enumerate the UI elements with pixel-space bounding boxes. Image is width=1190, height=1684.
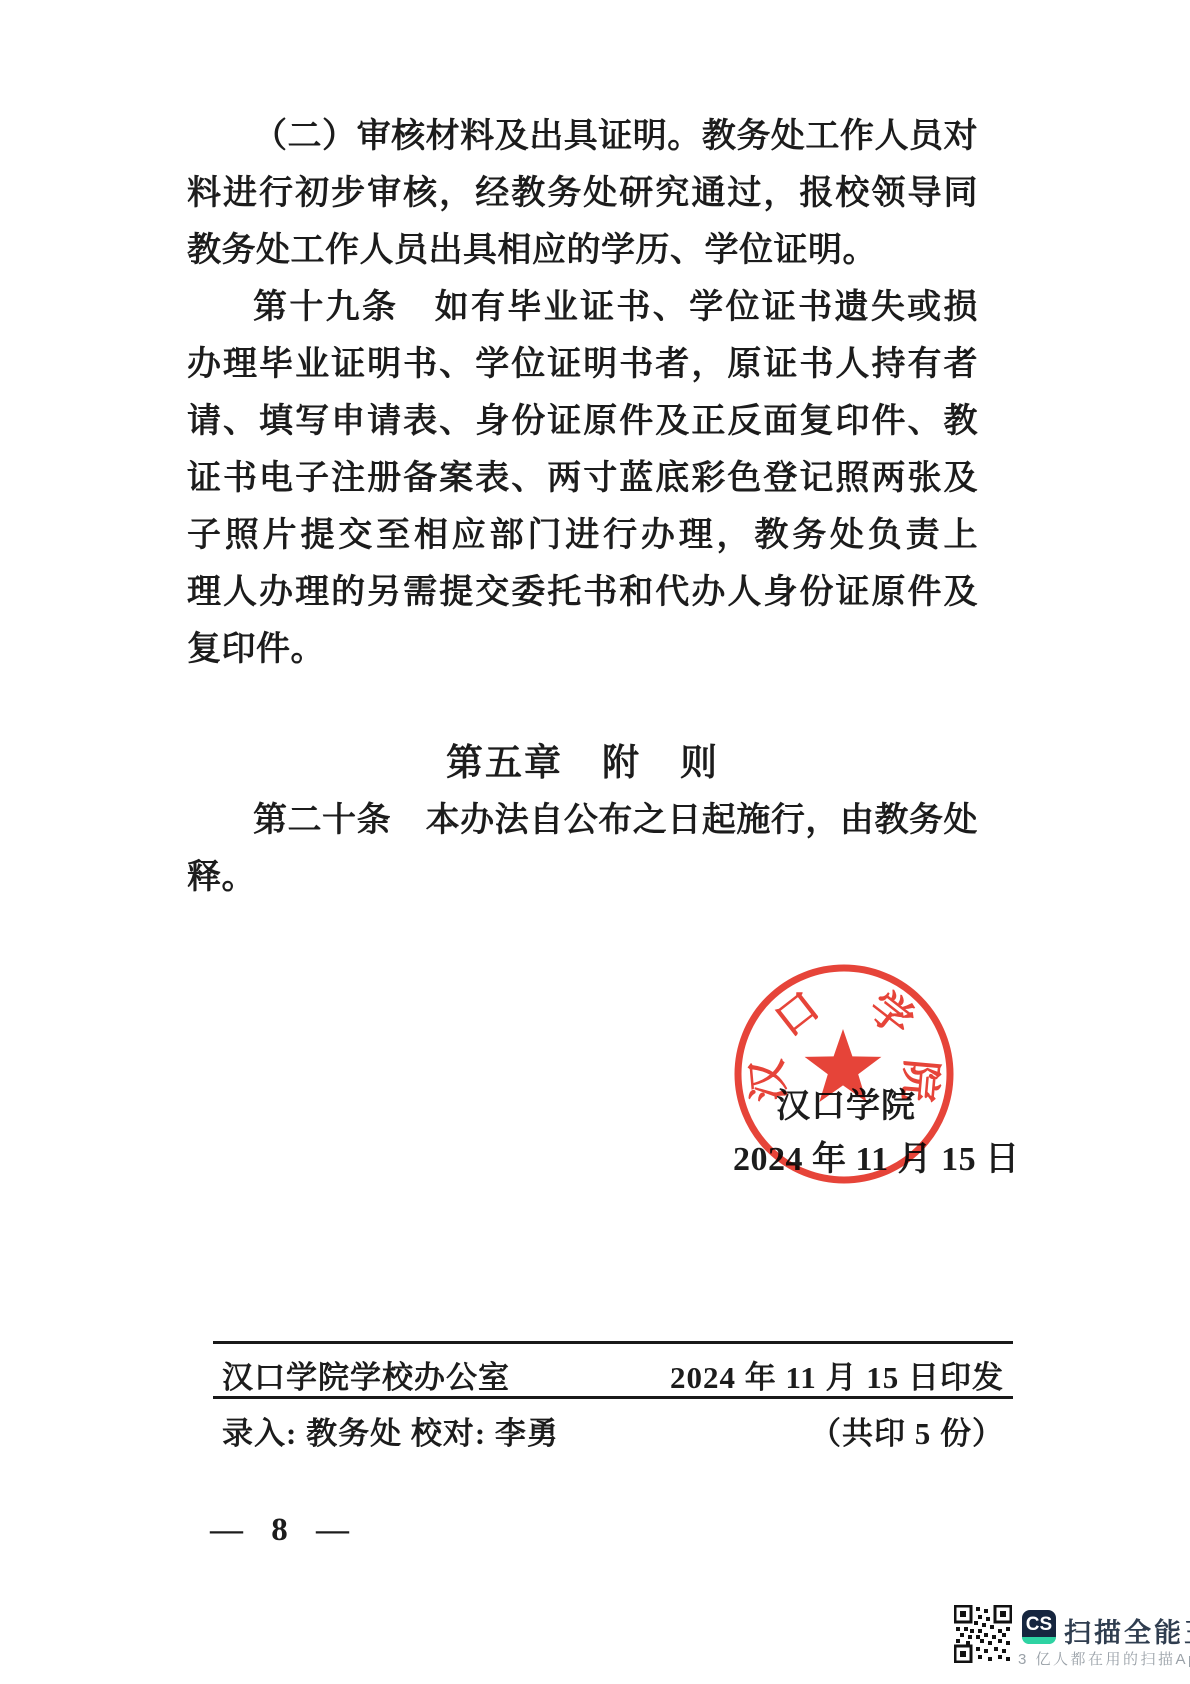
camscanner-watermark: CS 扫描全能王 3 亿人都在用的扫描App [952,1602,1172,1672]
star-icon [805,1029,882,1102]
paragraph-line: 第二十条 本办法自公布之日起施行，由教务处负责解 [187,792,978,849]
logo-accent-bar [1022,1637,1056,1644]
paragraph-line: 子照片提交至相应部门进行办理，教务处负责上网，委托代 [187,507,978,564]
paragraph-line: 证书电子注册备案表、两寸蓝底彩色登记照两张及一致的电 [187,450,978,507]
paragraph-line: 理人办理的另需提交委托书和代办人身份证原件及正反面 [187,564,978,621]
blank-line [187,678,978,735]
page-number: — 8 — [210,1512,359,1549]
logo-letters: CS [1026,1614,1052,1636]
camscanner-logo-icon: CS [1022,1610,1056,1644]
paragraph-line: 料进行初步审核，经教务处研究通过，报校领导同意后，由 [187,165,978,222]
qr-code-icon [954,1605,1012,1663]
document-page: （二）审核材料及出具证明。教务处工作人员对申请材 料进行初步审核，经教务处研究通… [0,0,1190,1684]
document-body: （二）审核材料及出具证明。教务处工作人员对申请材 料进行初步审核，经教务处研究通… [187,108,978,906]
footer-print-date: 2024 年 11 月 15 日印发 [670,1352,1004,1397]
footer-row-issuing: 汉口学院学校办公室 2024 年 11 月 15 日印发 [222,1352,1004,1397]
paragraph-line: 复印件。 [187,621,978,678]
app-tagline: 3 亿人都在用的扫描App [1018,1648,1190,1669]
footer-office: 汉口学院学校办公室 [222,1352,510,1397]
paragraph-line: 第十九条 如有毕业证书、学位证书遗失或损坏，需要 [187,279,978,336]
footer-copies: （共印 5 份） [810,1408,1004,1453]
paragraph-line: 请、填写申请表、身份证原件及正反面复印件、教育部学历 [187,393,978,450]
app-name: 扫描全能王 [1064,1611,1190,1650]
chapter-heading: 第五章 附 则 [187,735,978,792]
footer-row-entry: 录入: 教务处 校对: 李勇 （共印 5 份） [222,1408,1004,1453]
paragraph-line: （二）审核材料及出具证明。教务处工作人员对申请材 [187,108,978,165]
seal-char: 院 [894,1058,944,1104]
seal-char: 汉 [744,1057,794,1104]
paragraph-line: 释。 [187,849,978,906]
footer-top-rule [213,1341,1013,1344]
footer-middle-rule [213,1396,1013,1399]
paragraph-line: 办理毕业证明书、学位证明书者，原证书人持有者将本人申 [187,336,978,393]
paragraph-line: 教务处工作人员出具相应的学历、学位证明。 [187,222,978,279]
footer-entry-info: 录入: 教务处 校对: 李勇 [222,1408,559,1453]
official-seal: 汉 口 学 院 [723,953,967,1197]
